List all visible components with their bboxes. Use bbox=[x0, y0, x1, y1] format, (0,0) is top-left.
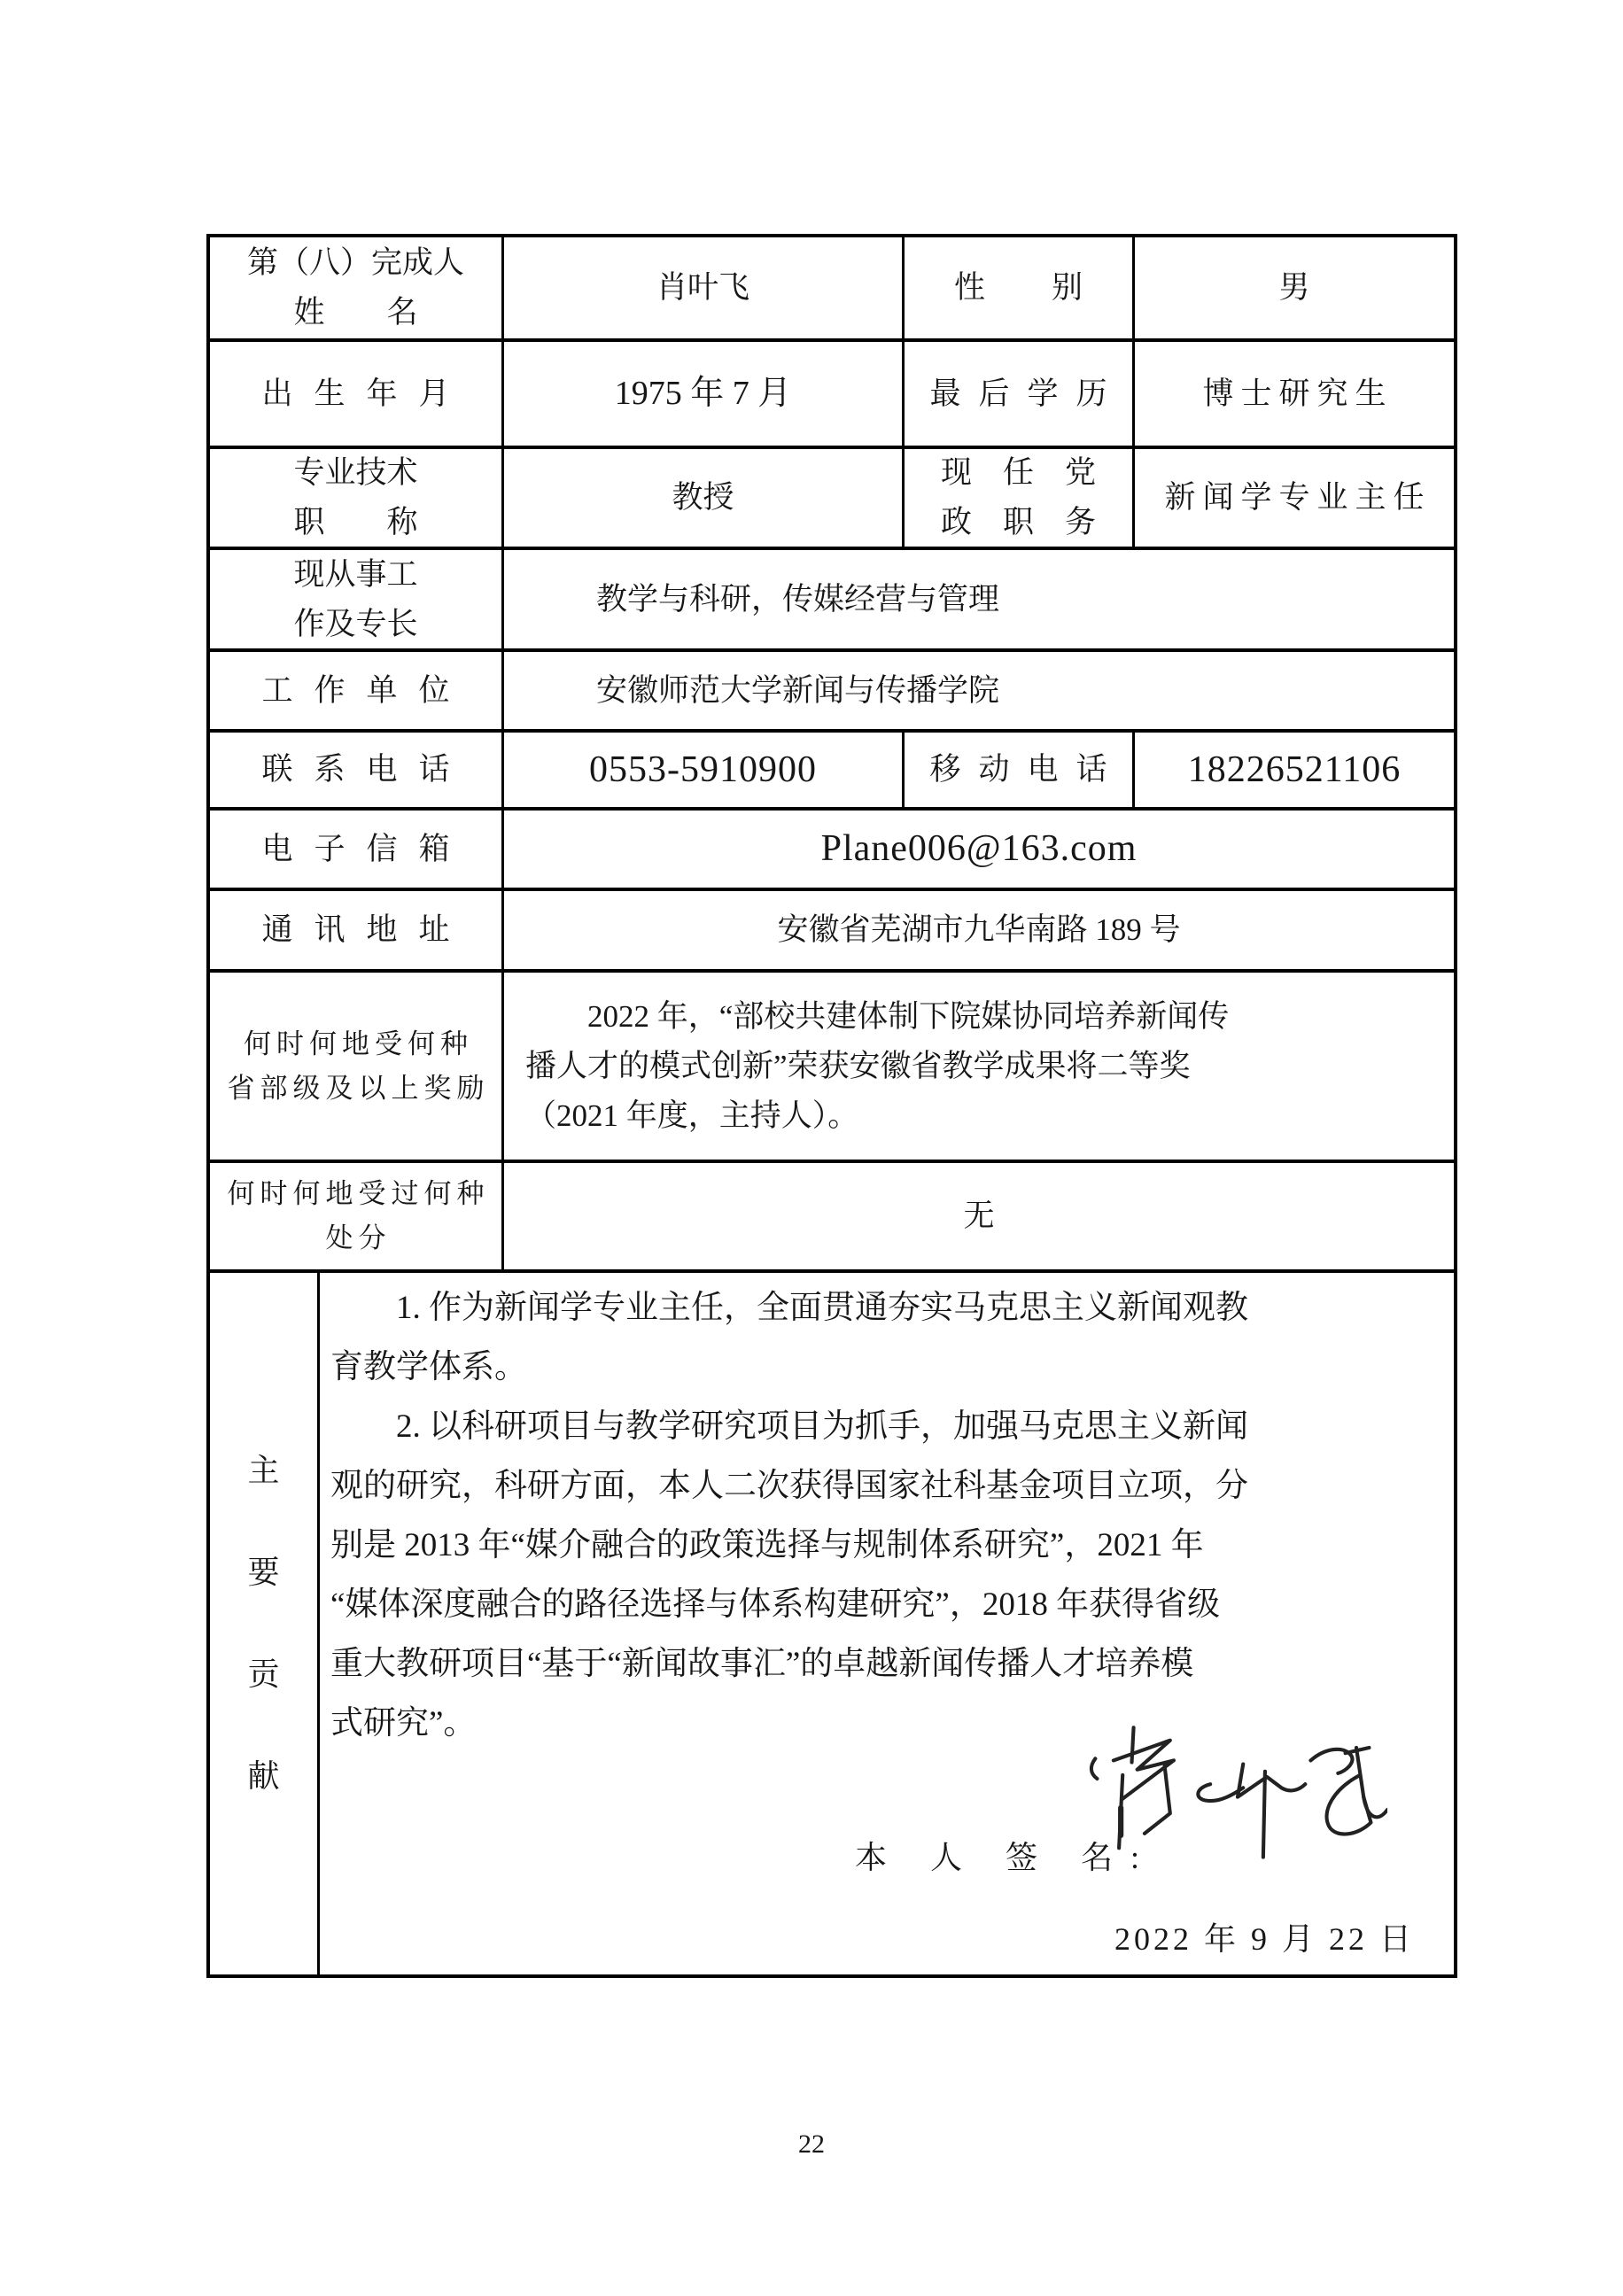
work-label: 现从事工 作及专长 bbox=[210, 550, 504, 652]
address-value: 安徽省芜湖市九华南路 189 号 bbox=[504, 891, 1454, 973]
birthdate-value: 1975 年 7 月 bbox=[504, 342, 905, 449]
contributions-paragraph-2: 2. 以科研项目与教学研究项目为抓手，加强马克思主义新闻 观的研究，科研方面，本… bbox=[330, 1397, 1422, 1753]
duty-label: 现 任 党 政 职 务 bbox=[905, 449, 1135, 550]
awards-value: 2022 年，“部校共建体制下院媒协同培养新闻传 播人才的模式创新”荣获安徽省教… bbox=[504, 973, 1454, 1163]
punishment-label: 何时何地受过何种 处分 bbox=[210, 1163, 504, 1273]
awards-label: 何时何地受何种 省部级及以上奖励 bbox=[210, 973, 504, 1163]
address-label: 通讯地址 bbox=[210, 891, 504, 973]
education-value: 博士研究生 bbox=[1135, 342, 1454, 449]
title-label: 专业技术 职 称 bbox=[210, 449, 504, 550]
employer-value: 安徽师范大学新闻与传播学院 bbox=[504, 652, 1454, 733]
phone-value: 0553-5910900 bbox=[504, 733, 905, 811]
handwritten-signature bbox=[1086, 1716, 1387, 1871]
email-label: 电子信箱 bbox=[210, 811, 504, 891]
page-number: 22 bbox=[0, 2129, 1623, 2160]
name-value: 肖叶飞 bbox=[504, 237, 905, 342]
contributions-paragraph-1: 1. 作为新闻学专业主任，全面贯通夯实马克思主义新闻观教 育教学体系。 bbox=[330, 1278, 1422, 1397]
gender-value: 男 bbox=[1135, 237, 1454, 342]
mobile-value: 18226521106 bbox=[1135, 733, 1454, 811]
gender-label: 性 别 bbox=[905, 237, 1135, 342]
phone-label: 联系电话 bbox=[210, 733, 504, 811]
contributions-cell: 1. 作为新闻学专业主任，全面贯通夯实马克思主义新闻观教 育教学体系。 2. 以… bbox=[320, 1273, 1454, 1974]
scanned-form-page: 第（八）完成人 姓 名 肖叶飞 性 别 男 出生年月 1975 年 7 月 最后… bbox=[0, 0, 1623, 2296]
duty-value: 新闻学专业主任 bbox=[1135, 449, 1454, 550]
education-label: 最后学历 bbox=[905, 342, 1135, 449]
email-value: Plane006@163.com bbox=[504, 811, 1454, 891]
employer-label: 工作单位 bbox=[210, 652, 504, 733]
birthdate-label: 出生年月 bbox=[210, 342, 504, 449]
signature-date: 2022 年 9 月 22 日 bbox=[1114, 1918, 1415, 1961]
punishment-value: 无 bbox=[504, 1163, 1454, 1273]
personnel-form-table: 第（八）完成人 姓 名 肖叶飞 性 别 男 出生年月 1975 年 7 月 最后… bbox=[206, 234, 1457, 1978]
title-value: 教授 bbox=[504, 449, 905, 550]
mobile-label: 移动电话 bbox=[905, 733, 1135, 811]
work-value: 教学与科研，传媒经营与管理 bbox=[504, 550, 1454, 652]
name-label: 第（八）完成人 姓 名 bbox=[210, 237, 504, 342]
contributions-label: 主 要 贡 献 bbox=[210, 1273, 320, 1974]
